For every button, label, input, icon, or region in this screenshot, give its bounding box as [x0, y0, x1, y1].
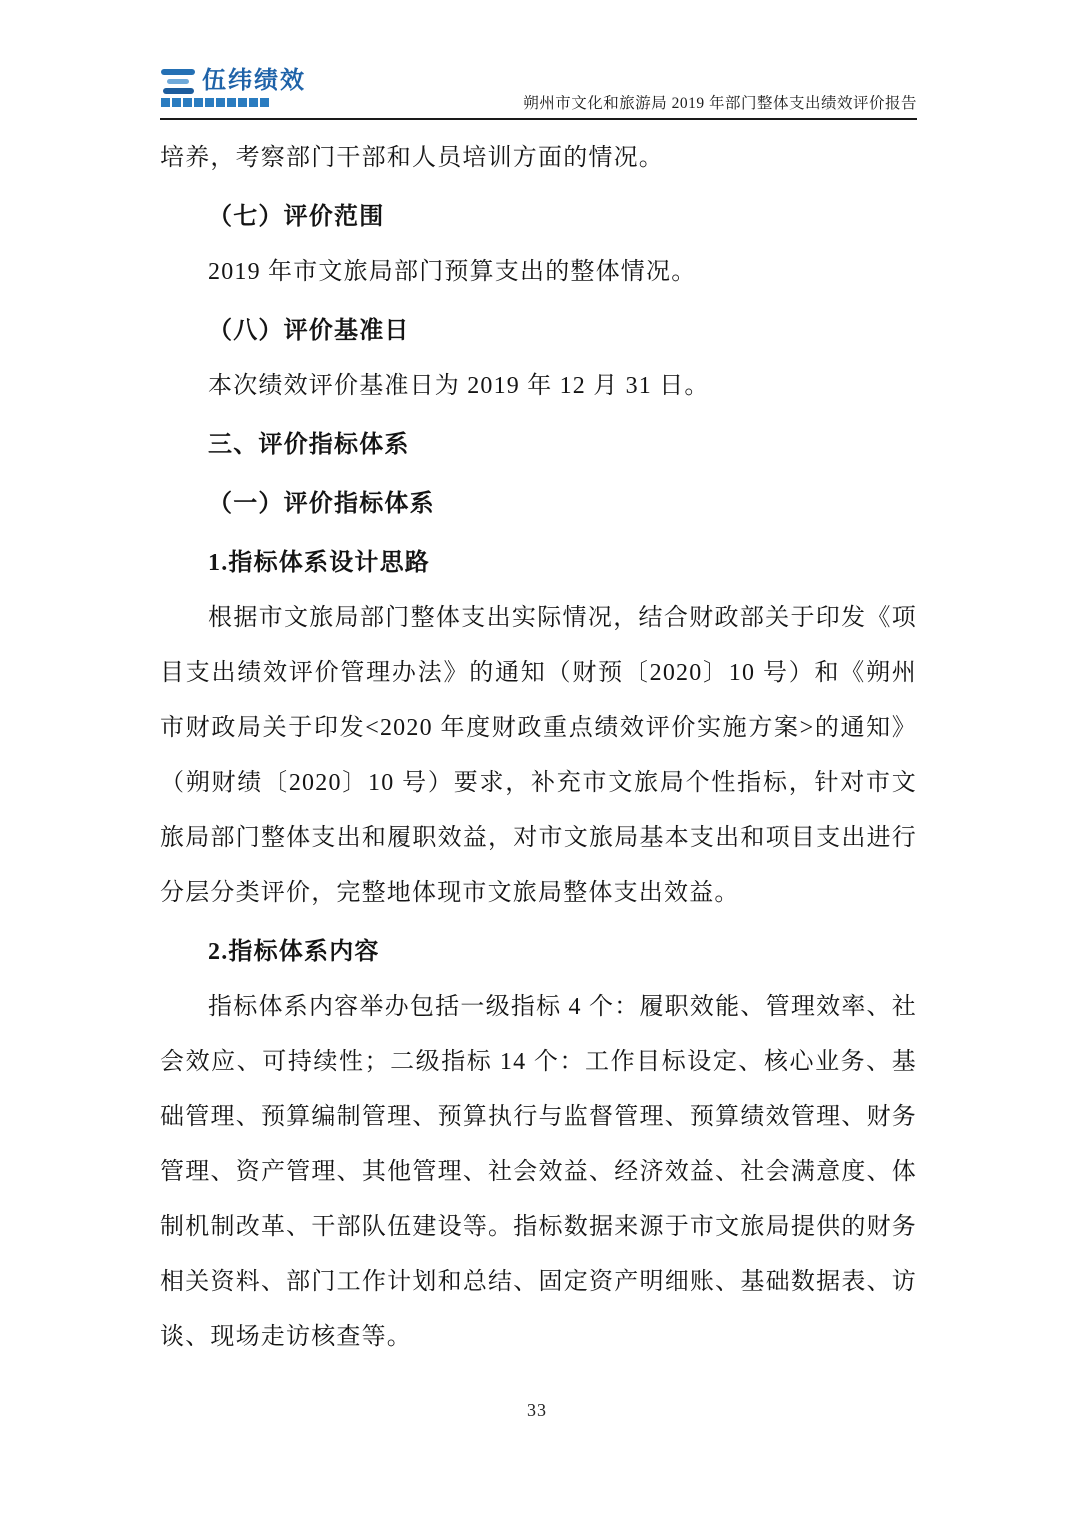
heading-indicator-system-section: （一）评价指标体系: [160, 477, 917, 532]
paragraph-training-continuation: 培养，考察部门干部和人员培训方面的情况。: [160, 131, 917, 186]
layers-icon: [160, 69, 196, 94]
report-header-title: 朔州市文化和旅游局 2019 年部门整体支出绩效评价报告: [523, 91, 917, 113]
heading-evaluation-base-date: （八）评价基准日: [160, 304, 917, 359]
paragraph-evaluation-base-date: 本次绩效评价基准日为 2019 年 12 月 31 日。: [160, 359, 917, 414]
heading-indicator-system-content: 2.指标体系内容: [160, 925, 917, 980]
paragraph-evaluation-scope: 2019 年市文旅局部门预算支出的整体情况。: [160, 245, 917, 300]
heading-evaluation-scope: （七）评价范围: [160, 190, 917, 245]
report-page: 伍纬绩效 朔州市文化和旅游局 2019 年部门整体支出绩效评价报告 培养，考察部…: [0, 0, 1074, 1520]
page-header: 伍纬绩效 朔州市文化和旅游局 2019 年部门整体支出绩效评价报告: [160, 68, 917, 120]
paragraph-indicator-design-approach: 根据市文旅局部门整体支出实际情况，结合财政部关于印发《项目支出绩效评价管理办法》…: [160, 591, 917, 921]
document-body: 培养，考察部门干部和人员培训方面的情况。 （七）评价范围 2019 年市文旅局部…: [160, 131, 917, 1365]
logo-pixel-strip: [161, 98, 306, 107]
heading-indicator-system-chapter: 三、评价指标体系: [160, 418, 917, 473]
logo-text: 伍纬绩效: [202, 68, 306, 94]
heading-indicator-design-approach: 1.指标体系设计思路: [160, 536, 917, 591]
paragraph-indicator-system-content: 指标体系内容举办包括一级指标 4 个：履职效能、管理效率、社会效应、可持续性；二…: [160, 980, 917, 1365]
company-logo: 伍纬绩效: [160, 68, 306, 107]
page-number: 33: [0, 1400, 1074, 1421]
